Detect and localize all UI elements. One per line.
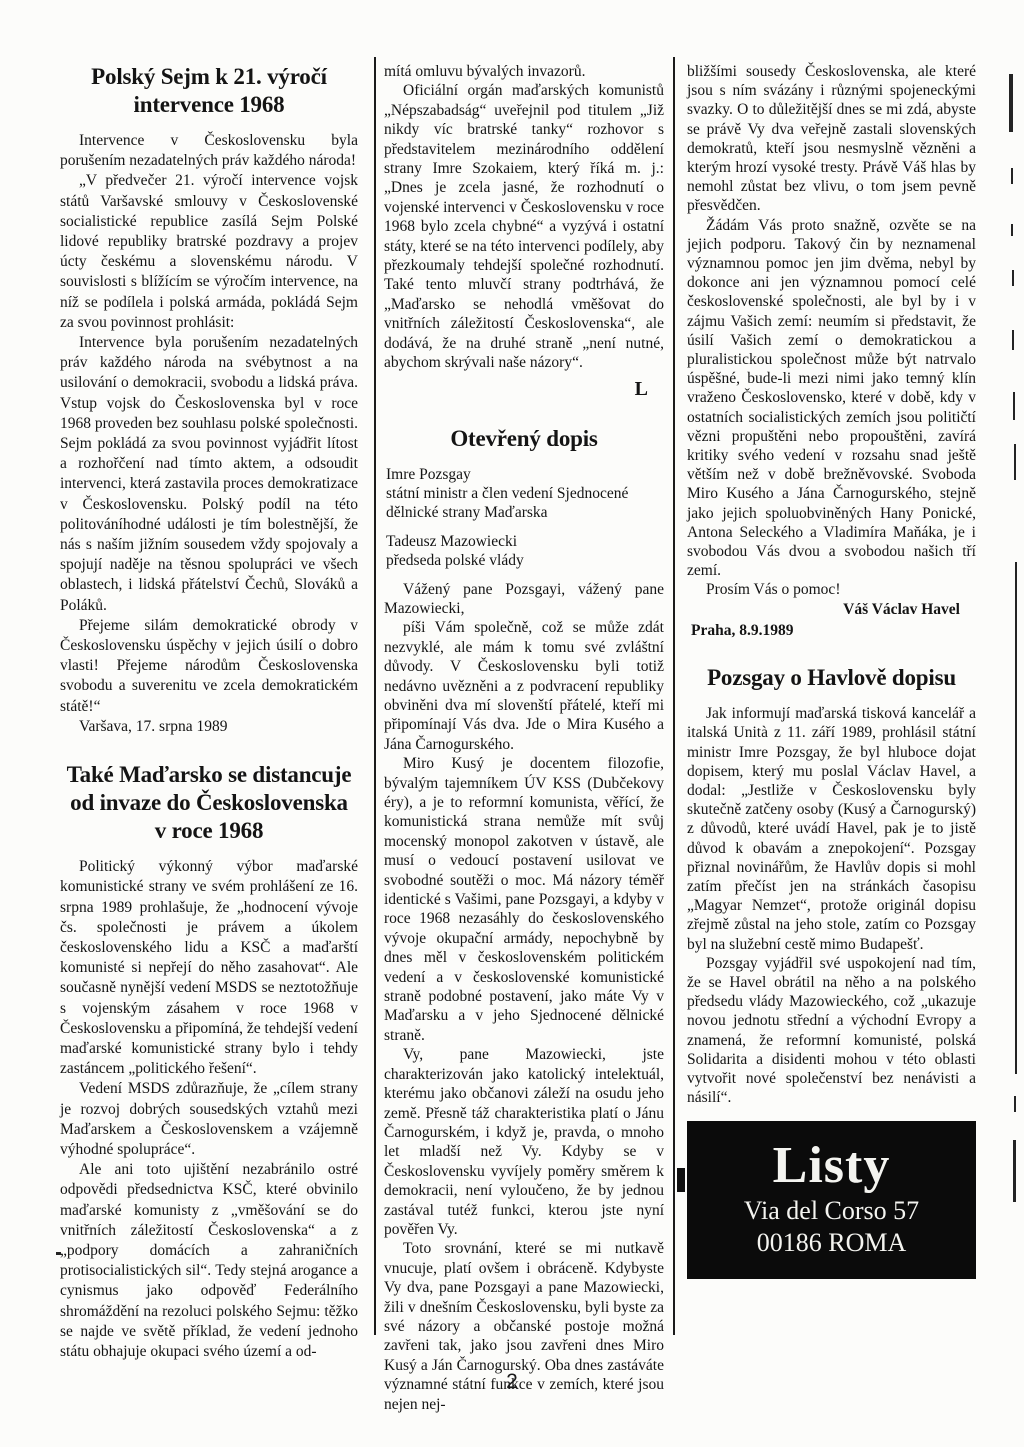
- paragraph: Politický výkonný výbor maďarské komunis…: [60, 857, 358, 1079]
- paragraph: Vedení MSDS zdůrazňuje, že „cílem strany…: [60, 1079, 358, 1160]
- scan-artifact: [1013, 392, 1015, 420]
- paragraph: Miro Kusý je docentem filozofie, bývalým…: [384, 754, 664, 1045]
- scan-artifact: [56, 1252, 61, 1255]
- scan-artifact: [1014, 1096, 1016, 1112]
- column-3: bližšími sousedy Československa, ale kte…: [687, 62, 976, 1279]
- scanned-newspaper-page: Polský Sejm k 21. výročíintervence 1968I…: [0, 0, 1024, 1447]
- scan-artifact: [1009, 74, 1013, 132]
- page-number: 2: [0, 1370, 1024, 1394]
- paragraph: Jak informují maďarská tisková kancelář …: [687, 704, 976, 954]
- listy-address-line-1: Via del Corso 57: [691, 1195, 972, 1227]
- address-block: Imre Pozsgaystátní ministr a člen vedení…: [386, 465, 664, 523]
- article-headline: Také Maďarsko se distancujeod invaze do …: [60, 761, 358, 845]
- paragraph: Vážený pane Pozsgayi, vážený pane Mazowi…: [384, 580, 664, 619]
- paragraph: Ale ani toto ujištění nezabránilo ostré …: [60, 1160, 358, 1362]
- listy-address-line-2: 00186 ROMA: [691, 1227, 972, 1259]
- scan-artifact: [1014, 444, 1016, 480]
- paragraph: Oficiální orgán maďarských komunistů „Né…: [384, 81, 664, 372]
- address-block: Tadeusz Mazowieckipředseda polské vlády: [386, 532, 664, 571]
- listy-address-box: Listy Via del Corso 57 00186 ROMA: [687, 1121, 976, 1279]
- column-1-text: Polský Sejm k 21. výročíintervence 1968I…: [60, 63, 358, 1362]
- paragraph: Vy, pane Mazowiecki, jste charakterizová…: [384, 1045, 664, 1239]
- paragraph: Prosím Vás o pomoc!: [687, 580, 976, 599]
- listy-logo: Listy: [691, 1137, 972, 1195]
- column-2: mítá omluvu bývalých invazorů.Oficiální …: [384, 62, 664, 1414]
- signature-line: Váš Václav Havel: [687, 600, 976, 619]
- paragraph: Varšava, 17. srpna 1989: [60, 717, 358, 737]
- scan-artifact: [677, 1168, 685, 1192]
- paragraph: Pozsgay vyjádřil své uspokojení nad tím,…: [687, 954, 976, 1108]
- paragraph: Žádám Vás proto snažně, ozvěte se na jej…: [687, 216, 976, 581]
- scan-artifact: [1011, 168, 1013, 184]
- signature-line: L: [384, 377, 664, 401]
- article-headline: Otevřený dopis: [384, 425, 664, 453]
- article-headline: Pozsgay o Havlově dopisu: [687, 664, 976, 692]
- column-3-text: bližšími sousedy Československa, ale kte…: [687, 62, 976, 1107]
- scan-artifact: [1012, 330, 1014, 350]
- paragraph: mítá omluvu bývalých invazorů.: [384, 62, 664, 81]
- paragraph: bližšími sousedy Československa, ale kte…: [687, 62, 976, 216]
- paragraph: píši Vám společně, což se může zdát nezv…: [384, 618, 664, 754]
- column-divider: [374, 57, 376, 1335]
- column-2-text: mítá omluvu bývalých invazorů.Oficiální …: [384, 62, 664, 1414]
- scan-artifact: [1012, 270, 1014, 286]
- scan-artifact: [1013, 1140, 1016, 1202]
- column-1: Polský Sejm k 21. výročíintervence 1968I…: [60, 62, 358, 1362]
- article-headline: Polský Sejm k 21. výročíintervence 1968: [60, 63, 358, 119]
- column-divider: [673, 57, 675, 1335]
- paragraph: Přejeme silám demokratické obrody v Česk…: [60, 616, 358, 717]
- dateline: Praha, 8.9.1989: [687, 621, 976, 640]
- paragraph: Intervence byla porušením nezadatelných …: [60, 333, 358, 616]
- scan-artifact: [1011, 224, 1013, 236]
- paragraph: „V předvečer 21. výročí intervence vojsk…: [60, 171, 358, 333]
- paragraph: Intervence v Československu byla porušen…: [60, 131, 358, 171]
- scan-artifact: [1015, 562, 1017, 1074]
